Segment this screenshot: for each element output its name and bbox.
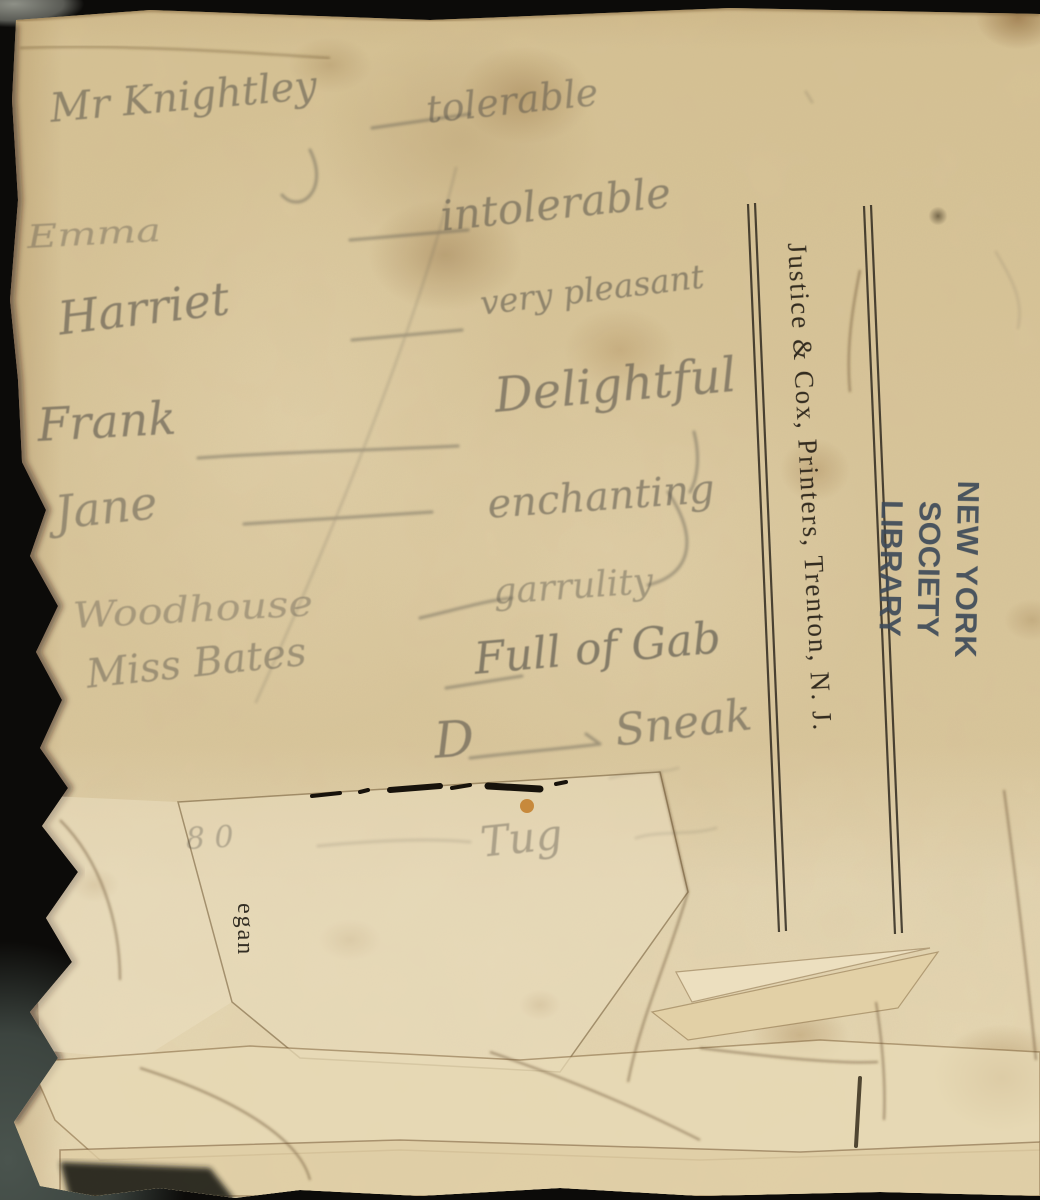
hw-name-miss-bates: Miss Bates	[84, 629, 309, 698]
book-page-scan: Justice & Cox, Printers, Trenton, N. J. …	[0, 0, 1040, 1200]
hw-name-faint-numbers: 8 0	[185, 820, 234, 857]
hw-value-full-of-gab: Full of Gab	[472, 612, 723, 684]
hw-value-tug: Tug	[478, 809, 565, 866]
hw-value-sneak: Sneak	[612, 689, 755, 756]
hw-value-intolerable: intolerable	[438, 168, 673, 241]
hw-value-very-pleasant: very pleasant	[478, 257, 706, 323]
handwriting-layer: Mr Knightley tolerable Emma intolerable …	[0, 0, 1040, 1200]
hw-name-frank: Frank	[36, 391, 177, 452]
hw-value-enchanting: enchanting	[486, 466, 716, 528]
hw-value-garrulity: garrulity	[492, 561, 654, 613]
hw-name-d-dash: D	[432, 709, 476, 770]
hw-name-harriet: Harriet	[55, 271, 232, 346]
hw-name-woodhouse: Woodhouse	[72, 583, 314, 637]
hw-value-tolerable: tolerable	[424, 70, 600, 132]
hw-name-jane: Jane	[52, 475, 160, 539]
hw-value-delightful: Delightful	[492, 347, 739, 424]
hw-name-knightley: Mr Knightley	[48, 63, 319, 132]
hw-name-emma: Emma	[26, 211, 162, 256]
